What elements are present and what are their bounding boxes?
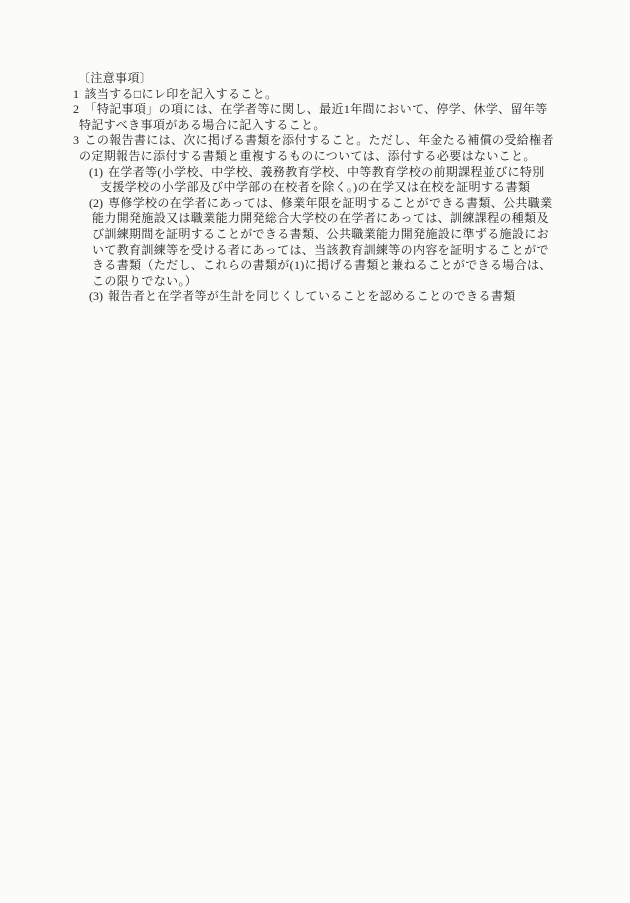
line-text: び訓練期間を証明することができる書類、公共職業能力開発施設に準ずる施設にお	[92, 227, 549, 241]
notes-subitem-line: (3)報告者と在学者等が生計を同じくしていることを認めることのできる書類	[0, 289, 630, 305]
notes-item-line: 1該当する□にレ印を記入すること。	[0, 87, 630, 103]
item-number-marker: 2	[73, 102, 85, 118]
notes-section: 〔注意事項〕1該当する□にレ印を記入すること。2「特記事項」の項には、在学者等に…	[0, 71, 630, 305]
notes-continuation-line: いて教育訓練等を受ける者にあっては、当該教育訓練等の内容を証明することがで	[0, 243, 630, 259]
item-number-marker: 1	[73, 87, 85, 103]
line-text: の定期報告に添付する書類と重複するものについては、添付する必要はないこと。	[79, 149, 536, 163]
subitem-marker: (1)	[89, 165, 108, 181]
line-text: この限りでない。）	[92, 274, 197, 288]
notes-heading-line: 〔注意事項〕	[0, 71, 630, 87]
notes-continuation-line: 能力開発施設又は職業能力開発総合大学校の在学者にあっては、訓練課程の種類及	[0, 211, 630, 227]
line-text: いて教育訓練等を受ける者にあっては、当該教育訓練等の内容を証明することがで	[92, 243, 549, 257]
line-text: 特記すべき事項がある場合に記入すること。	[79, 118, 326, 132]
notes-subitem-line: (2)専修学校の在学者にあっては、修業年限を証明することができる書類、公共職業	[0, 196, 630, 212]
notes-item-line: 2「特記事項」の項には、在学者等に関し、最近1年間において、停学、休学、留年等	[0, 102, 630, 118]
line-text: 「特記事項」の項には、在学者等に関し、最近1年間において、停学、休学、留年等	[85, 102, 548, 116]
notes-continuation-line: この限りでない。）	[0, 274, 630, 290]
subitem-marker: (2)	[89, 196, 108, 212]
notes-continuation-line: 支援学校の小学部及び中学部の在校者を除く。)の在学又は在校を証明する書類	[0, 180, 630, 196]
line-text: 報告者と在学者等が生計を同じくしていることを認めることのできる書類	[108, 289, 516, 303]
notes-item-line: 3この報告書には、次に掲げる書類を添付すること。ただし、年金たる補償の受給権者	[0, 133, 630, 149]
line-text: 支援学校の小学部及び中学部の在校者を除く。)の在学又は在校を証明する書類	[100, 180, 530, 194]
line-text: この報告書には、次に掲げる書類を添付すること。ただし、年金たる補償の受給権者	[85, 133, 554, 147]
line-text: 該当する□にレ印を記入すること。	[85, 87, 278, 101]
line-text: 〔注意事項〕	[78, 71, 152, 85]
line-text: 在学者等(小学校、中学校、義務教育学校、中等教育学校の前期課程並びに特別	[108, 165, 545, 179]
line-text: 専修学校の在学者にあっては、修業年限を証明することができる書類、公共職業	[108, 196, 552, 210]
subitem-marker: (3)	[89, 289, 108, 305]
notes-continuation-line: きる書類（ただし、これらの書類が(1)に掲げる書類と兼ねることができる場合は、	[0, 258, 630, 274]
notes-continuation-line: 特記すべき事項がある場合に記入すること。	[0, 118, 630, 134]
notes-continuation-line: の定期報告に添付する書類と重複するものについては、添付する必要はないこと。	[0, 149, 630, 165]
line-text: 能力開発施設又は職業能力開発総合大学校の在学者にあっては、訓練課程の種類及	[92, 211, 549, 225]
item-number-marker: 3	[73, 133, 85, 149]
notes-subitem-line: (1)在学者等(小学校、中学校、義務教育学校、中等教育学校の前期課程並びに特別	[0, 165, 630, 181]
notes-continuation-line: び訓練期間を証明することができる書類、公共職業能力開発施設に準ずる施設にお	[0, 227, 630, 243]
document-page: 〔注意事項〕1該当する□にレ印を記入すること。2「特記事項」の項には、在学者等に…	[0, 0, 630, 903]
line-text: きる書類（ただし、これらの書類が(1)に掲げる書類と兼ねることができる場合は、	[92, 258, 552, 272]
